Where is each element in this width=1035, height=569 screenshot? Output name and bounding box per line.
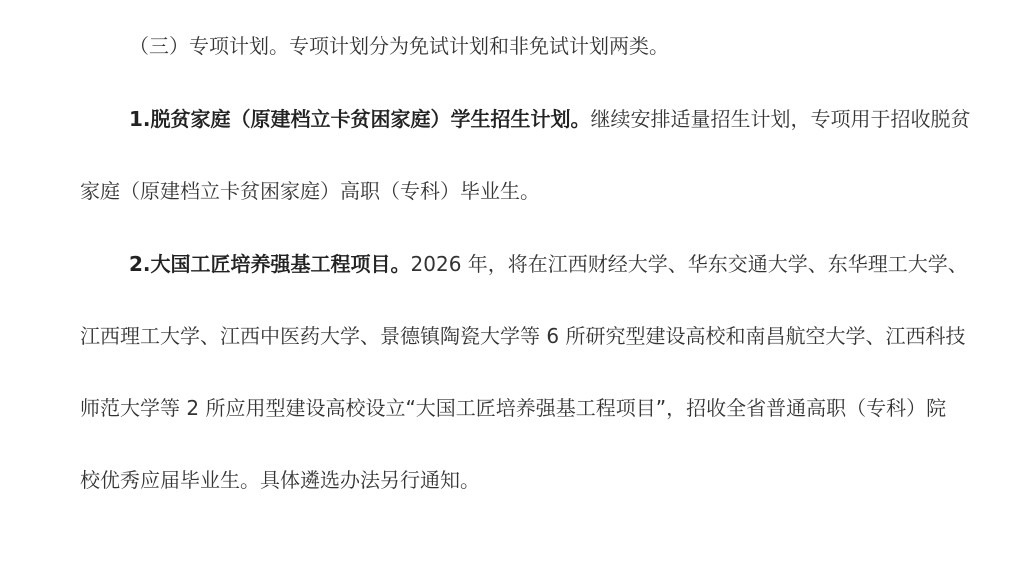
section-heading-text: （三）专项计划。专项计划分为免试计划和非免试计划两类。 — [129, 34, 669, 58]
text-line: 1.脱贫家庭（原建档立卡贫困家庭）学生招生计划。继续安排适量招生计划，专项用于招… — [31, 83, 1006, 155]
paragraph-craftsman-project: 2.大国工匠培养强基工程项目。2026 年，将在江西财经大学、华东交通大学、东华… — [31, 228, 1006, 516]
body-text: 校优秀应届毕业生。具体遴选办法另行通知。 — [80, 468, 480, 492]
text-line: 2.大国工匠培养强基工程项目。2026 年，将在江西财经大学、华东交通大学、东华… — [31, 228, 1006, 300]
body-text: 继续安排适量招生计划，专项用于招收脱贫 — [591, 107, 971, 131]
text-line: 家庭（原建档立卡贫困家庭）高职（专科）毕业生。 — [31, 155, 1006, 227]
text-line: 江西理工大学、江西中医药大学、景德镇陶瓷大学等 6 所研究型建设高校和南昌航空大… — [31, 300, 1006, 372]
paragraph-special-plan-intro: （三）专项计划。专项计划分为免试计划和非免试计划两类。 — [31, 10, 1006, 82]
text-line: （三）专项计划。专项计划分为免试计划和非免试计划两类。 — [31, 10, 1006, 82]
text-line: 师范大学等 2 所应用型建设高校设立“大国工匠培养强基工程项目”，招收全省普通高… — [31, 372, 1006, 444]
paragraph-poverty-family-plan: 1.脱贫家庭（原建档立卡贫困家庭）学生招生计划。继续安排适量招生计划，专项用于招… — [31, 83, 1006, 227]
bold-lead-heading: 1.脱贫家庭（原建档立卡贫困家庭）学生招生计划。 — [129, 107, 591, 131]
body-text: 江西理工大学、江西中医药大学、景德镇陶瓷大学等 6 所研究型建设高校和南昌航空大… — [80, 324, 965, 348]
body-text: 师范大学等 2 所应用型建设高校设立“大国工匠培养强基工程项目”，招收全省普通高… — [80, 396, 946, 420]
body-text: 2026 年，将在江西财经大学、华东交通大学、东华理工大学、 — [411, 252, 968, 276]
text-line: 校优秀应届毕业生。具体遴选办法另行通知。 — [31, 444, 1006, 516]
bold-lead-heading: 2.大国工匠培养强基工程项目。 — [129, 252, 411, 276]
body-text: 家庭（原建档立卡贫困家庭）高职（专科）毕业生。 — [80, 179, 540, 203]
